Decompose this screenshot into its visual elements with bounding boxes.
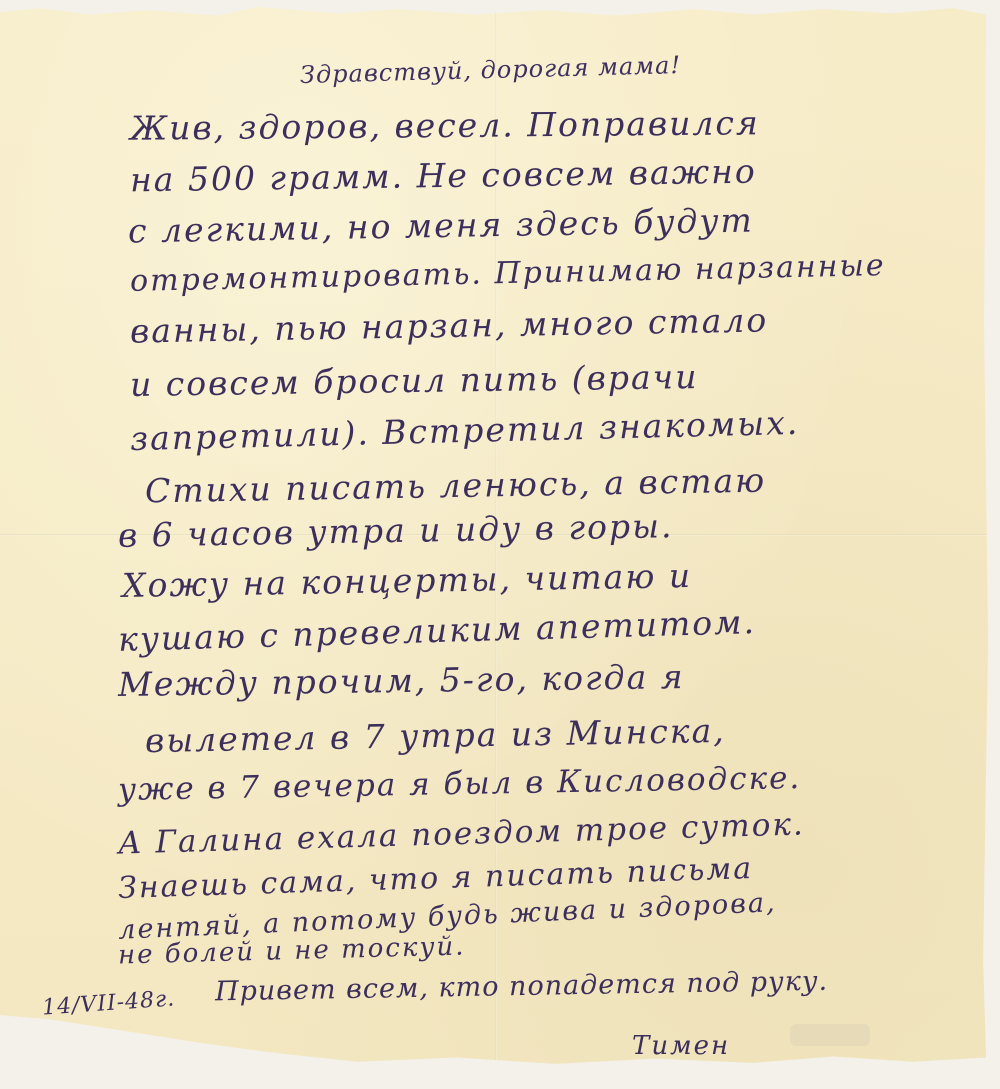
letter-line: ванны, пью нарзан, много стало bbox=[130, 300, 769, 350]
letter-line: Между прочим, 5-го, когда я bbox=[118, 657, 685, 704]
letter-line: отремонтировать. Принимаю нарзанные bbox=[130, 248, 886, 299]
letter-paper: Здравствуй, дорогая мама! Жив, здоров, в… bbox=[0, 6, 992, 1066]
letter-line: в 6 часов утра и иду в горы. bbox=[118, 506, 674, 555]
letter-date: 14/VII-48г. bbox=[41, 986, 176, 1020]
letter-closing: Привет всем, кто попадется под руку. bbox=[215, 966, 829, 1008]
letter-line: запретили). Встретил знакомых. bbox=[130, 403, 800, 458]
letter-signature: Тимен bbox=[632, 1031, 730, 1061]
letter-line: Жив, здоров, весел. Поправился bbox=[130, 103, 760, 147]
letter-line: кушаю с превеликим апетитом. bbox=[118, 602, 757, 659]
letter-line: вылетел в 7 утра из Минска, bbox=[145, 711, 726, 760]
letter-line: на 500 грамм. Не совсем важно bbox=[130, 152, 757, 200]
letter-line: Хожу на концерты, читаю и bbox=[122, 556, 693, 605]
letter-line: Стихи писать ленюсь, а встаю bbox=[145, 461, 767, 511]
letter-greeting: Здравствуй, дорогая мама! bbox=[300, 51, 682, 89]
letter-line: с легкими, но меня здесь будут bbox=[128, 201, 754, 251]
letter-line: уже в 7 вечера я был в Кисловодске. bbox=[118, 760, 802, 808]
letter-line: и совсем бросил пить (врачи bbox=[130, 357, 699, 404]
faint-stamp-mark bbox=[790, 1024, 870, 1046]
